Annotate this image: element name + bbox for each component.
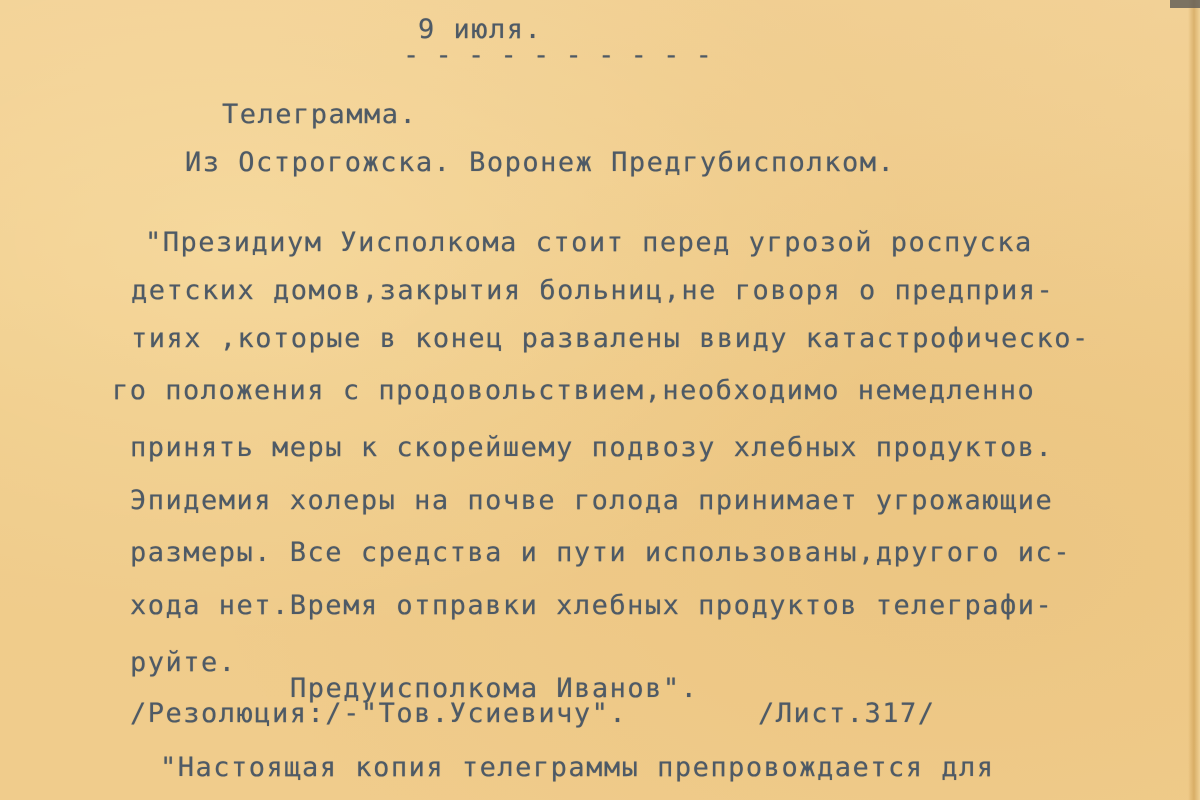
document-title: Телеграмма. bbox=[222, 99, 417, 130]
body-line: хода нет.Время отправки хлебных продукто… bbox=[130, 590, 1053, 621]
body-line: тиях ,которые в конец развалены ввиду ка… bbox=[131, 323, 1090, 354]
body-line: "Президиум Уисполкома стоит перед угрозо… bbox=[145, 227, 1033, 258]
resolution-line: /Резолюция:/-"Тов.Усиевичу". bbox=[130, 698, 627, 729]
copy-note-line: "Настоящая копия телеграммы препровождае… bbox=[160, 752, 995, 783]
body-line: размеры. Все средства и пути использован… bbox=[130, 537, 1071, 568]
body-line: принять меры к скорейшему подвозу хлебны… bbox=[130, 432, 1053, 463]
paper-edge bbox=[1188, 0, 1200, 800]
body-line: детских домов,закрытия больниц,не говоря… bbox=[131, 275, 1054, 306]
corner-mark bbox=[1170, 0, 1200, 8]
archival-document-page: 9 июля. - - - - - - - - - - Телеграмма. … bbox=[0, 0, 1200, 800]
date-underline: - - - - - - - - - - bbox=[403, 40, 712, 71]
body-line: го положения с продовольствием,необходим… bbox=[112, 375, 1035, 406]
sender-line: Из Острогожска. Воронеж Предгубисполком. bbox=[185, 147, 895, 178]
body-line: руйте. bbox=[130, 647, 237, 678]
body-line: Эпидемия холеры на почве голода принимае… bbox=[130, 485, 1053, 516]
sheet-reference: /Лист.317/ bbox=[758, 698, 936, 729]
